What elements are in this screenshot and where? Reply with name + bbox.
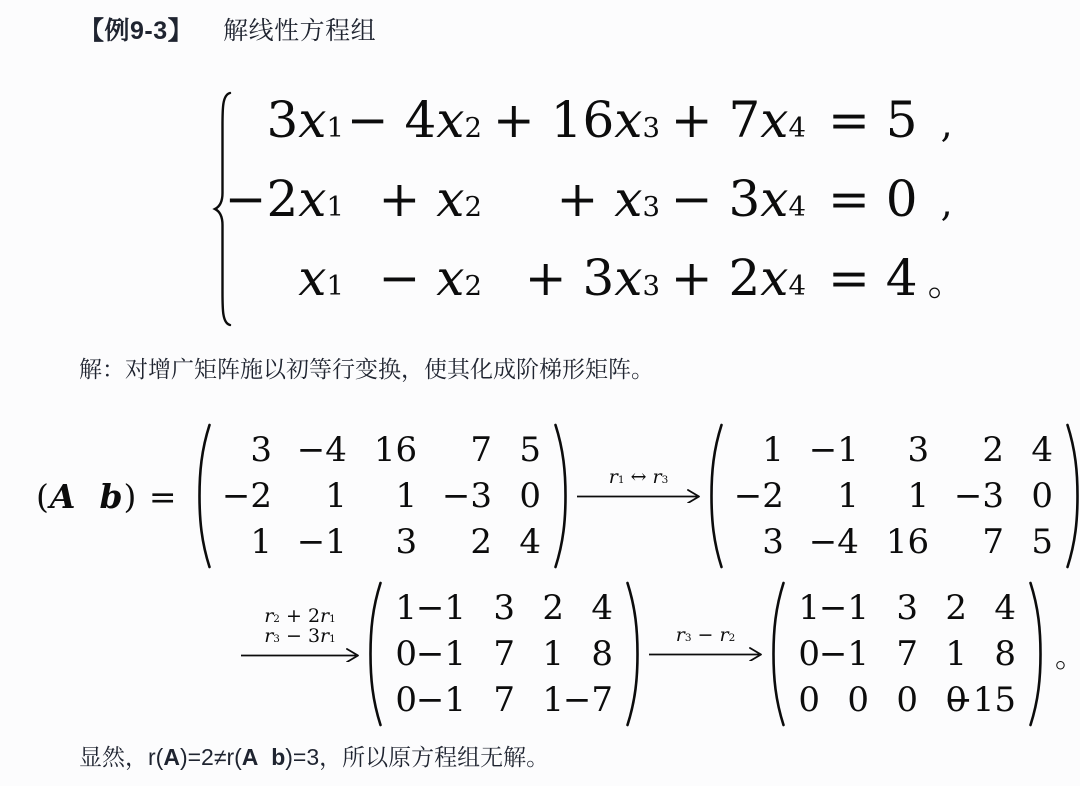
augmented-matrix-label: (A b) = bbox=[36, 477, 189, 516]
matrix-cell: 0 bbox=[798, 677, 820, 723]
equation-term: − x2 bbox=[379, 249, 483, 307]
matrix-cell: −1 bbox=[416, 677, 466, 723]
matrix-cell: 2 bbox=[982, 427, 1004, 473]
math-symbol: A bbox=[163, 744, 180, 770]
text-run: )=2≠r( bbox=[180, 744, 242, 770]
matrix-cell: 0 bbox=[395, 677, 417, 723]
example-title: 【例9-3】解线性方程组 bbox=[79, 11, 376, 47]
matrix-after-swap: 1−1324−211−303−41675 bbox=[709, 422, 1080, 570]
matrix-cell: 4 bbox=[994, 585, 1016, 631]
text-run: )=3，所以原方程组无解。 bbox=[285, 744, 549, 770]
matrix-cell: 7 bbox=[493, 631, 515, 677]
end-period: 。 bbox=[1055, 632, 1080, 676]
matrix-cell: −4 bbox=[809, 519, 859, 565]
arrow-right-icon bbox=[648, 645, 763, 661]
matrix-cell: −4 bbox=[297, 427, 347, 473]
right-paren-icon bbox=[1065, 422, 1080, 570]
text-run: ( bbox=[36, 477, 50, 516]
matrix-cell: 1 bbox=[395, 473, 417, 519]
matrix-cell: 4 bbox=[1031, 427, 1053, 473]
equation-term: + 16x3 bbox=[493, 91, 660, 149]
right-paren-icon bbox=[625, 580, 640, 728]
matrix-cell: 3 bbox=[250, 427, 272, 473]
matrix-cell: −1 bbox=[819, 585, 869, 631]
matrix-cell: 0 bbox=[847, 677, 869, 723]
matrix-cell: 1 bbox=[542, 631, 564, 677]
matrix-echelon: 1−13240−17180000−15 bbox=[771, 580, 1043, 728]
text-run bbox=[258, 744, 271, 770]
matrix-cell: 3 bbox=[762, 519, 784, 565]
matrix-cell: 7 bbox=[982, 519, 1004, 565]
matrix-cell: 1 bbox=[837, 473, 859, 519]
equation-row: x1− x2+ 3x3+ 2x4= 4。 bbox=[244, 249, 966, 328]
matrix-cell: 7 bbox=[470, 427, 492, 473]
solution-text: 解：对增广矩阵施以初等行变换，使其化成阶梯形矩阵。 bbox=[79, 351, 654, 384]
matrix-cell: 2 bbox=[470, 519, 492, 565]
text-run: ) = bbox=[124, 477, 190, 516]
matrix-cell: 1 bbox=[325, 473, 347, 519]
conclusion-text: 显然，r(A)=2≠r(A b)=3，所以原方程组无解。 bbox=[79, 739, 549, 772]
row-op-arrow-3: r3 − r2 bbox=[648, 625, 763, 661]
matrix-cell: 0 bbox=[519, 473, 541, 519]
row-op-labels: r3 − r2 bbox=[676, 625, 736, 645]
matrix-body: 1−13240−17180000−15 bbox=[786, 585, 1028, 723]
matrix-cell: −15 bbox=[944, 677, 1016, 723]
matrix-cell: 1 bbox=[762, 427, 784, 473]
left-paren-icon bbox=[368, 580, 383, 728]
matrix-cell: −1 bbox=[416, 585, 466, 631]
matrix-cell: 4 bbox=[519, 519, 541, 565]
left-paren-icon bbox=[771, 580, 786, 728]
matrix-cell: −1 bbox=[819, 631, 869, 677]
matrix-equation-line-1: (A b) = 3−41675−211−301−1324 r1 ↔ r3 1−1… bbox=[36, 420, 1080, 572]
matrix-cell: −2 bbox=[734, 473, 784, 519]
matrix-cell: −3 bbox=[442, 473, 492, 519]
row-op-label: r1 ↔ r3 bbox=[609, 467, 669, 487]
matrix-cell: 1 bbox=[542, 677, 564, 723]
equation-row: −2x1+ x2+ x3− 3x4= 0, bbox=[244, 170, 966, 249]
equation-rows: 3x1− 4x2+ 16x3+ 7x4= 5,−2x1+ x2+ x3− 3x4… bbox=[244, 91, 966, 328]
matrix-cell: 1 bbox=[907, 473, 929, 519]
arrow-right-icon bbox=[240, 646, 360, 662]
matrix-augmented: 3−41675−211−301−1324 bbox=[197, 422, 568, 570]
text-run: 显然，r( bbox=[79, 744, 163, 770]
equation-punct: , bbox=[941, 102, 966, 146]
left-paren-icon bbox=[197, 422, 212, 570]
matrix-cell: −1 bbox=[297, 519, 347, 565]
row-op-labels: r1 ↔ r3 bbox=[609, 467, 669, 487]
matrix-equation-line-2: r2 + 2r1r3 − 3r1 1−13240−17180−171−7 r3 … bbox=[232, 578, 1080, 730]
example-title-text: 解线性方程组 bbox=[223, 17, 376, 45]
equation-term: + x2 bbox=[379, 170, 483, 228]
equation-system: 3x1− 4x2+ 16x3+ 7x4= 5,−2x1+ x2+ x3− 3x4… bbox=[212, 90, 966, 328]
matrix-cell: 0 bbox=[395, 631, 417, 677]
row-op-arrow-1: r1 ↔ r3 bbox=[576, 467, 701, 503]
equation-rhs: = 0 bbox=[828, 170, 931, 228]
math-symbol: A bbox=[242, 744, 259, 770]
math-symbol: b bbox=[271, 744, 285, 770]
row-op-label: r3 − r2 bbox=[676, 625, 736, 645]
math-symbol: b bbox=[99, 477, 123, 516]
equation-rhs: = 4 bbox=[828, 249, 918, 307]
equation-term: + 7x4 bbox=[671, 91, 806, 149]
matrix-after-elimination: 1−13240−17180−171−7 bbox=[368, 580, 640, 728]
matrix-cell: 0 bbox=[896, 677, 918, 723]
matrix-cell: 1 bbox=[798, 585, 820, 631]
equation-punct: , bbox=[941, 181, 966, 225]
right-paren-icon bbox=[553, 422, 568, 570]
row-op-label: r3 − 3r1 bbox=[264, 626, 336, 646]
matrix-cell: 3 bbox=[907, 427, 929, 473]
text-run bbox=[76, 477, 99, 516]
matrix-cell: 2 bbox=[945, 585, 967, 631]
matrix-cell: 1 bbox=[395, 585, 417, 631]
left-paren-icon bbox=[709, 422, 724, 570]
row-op-arrow-2: r2 + 2r1r3 − 3r1 bbox=[240, 606, 360, 662]
equation-term: + 3x3 bbox=[525, 249, 660, 307]
example-tag: 【例9-3】 bbox=[79, 17, 193, 45]
equation-term: − 4x2 bbox=[347, 91, 482, 149]
matrix-cell: 5 bbox=[1031, 519, 1053, 565]
matrix-cell: 2 bbox=[542, 585, 564, 631]
equation-row: 3x1− 4x2+ 16x3+ 7x4= 5, bbox=[244, 91, 966, 170]
page-container: 【例9-3】解线性方程组 3x1− 4x2+ 16x3+ 7x4= 5,−2x1… bbox=[0, 0, 1080, 786]
matrix-cell: 7 bbox=[896, 631, 918, 677]
matrix-cell: 8 bbox=[994, 631, 1016, 677]
matrix-cell: −2 bbox=[222, 473, 272, 519]
arrow-right-icon bbox=[576, 487, 701, 503]
matrix-cell: 1 bbox=[250, 519, 272, 565]
equation-term: + 2x4 bbox=[671, 249, 806, 307]
matrix-cell: −3 bbox=[954, 473, 1004, 519]
matrix-cell: 0 bbox=[798, 631, 820, 677]
equation-rhs: = 5 bbox=[828, 91, 931, 149]
matrix-body: 3−41675−211−301−1324 bbox=[212, 427, 553, 565]
equation-term: + x3 bbox=[557, 170, 661, 228]
matrix-cell: 3 bbox=[896, 585, 918, 631]
matrix-cell: 0 bbox=[1031, 473, 1053, 519]
math-symbol: A bbox=[50, 477, 77, 516]
matrix-cell: −1 bbox=[416, 631, 466, 677]
matrix-cell: 5 bbox=[519, 427, 541, 473]
matrix-cell: 7 bbox=[493, 677, 515, 723]
right-paren-icon bbox=[1028, 580, 1043, 728]
matrix-cell: 16 bbox=[886, 519, 929, 565]
matrix-cell: 4 bbox=[591, 585, 613, 631]
matrix-cell: 3 bbox=[493, 585, 515, 631]
matrix-cell: −1 bbox=[809, 427, 859, 473]
equation-punct: 。 bbox=[928, 251, 966, 306]
matrix-cell: 3 bbox=[395, 519, 417, 565]
equation-term: − 3x4 bbox=[671, 170, 806, 228]
row-op-labels: r2 + 2r1r3 − 3r1 bbox=[264, 606, 336, 646]
matrix-cell: −7 bbox=[563, 677, 613, 723]
matrix-body: 1−1324−211−303−41675 bbox=[724, 427, 1065, 565]
matrix-body: 1−13240−17180−171−7 bbox=[383, 585, 625, 723]
matrix-cell: 8 bbox=[591, 631, 613, 677]
equation-term: x1 bbox=[298, 249, 344, 307]
matrix-cell: 16 bbox=[374, 427, 417, 473]
equation-term: 3x1 bbox=[266, 91, 344, 149]
row-op-label: r2 + 2r1 bbox=[264, 606, 336, 626]
equation-term: −2x1 bbox=[225, 170, 344, 228]
matrix-cell: 1 bbox=[945, 631, 967, 677]
